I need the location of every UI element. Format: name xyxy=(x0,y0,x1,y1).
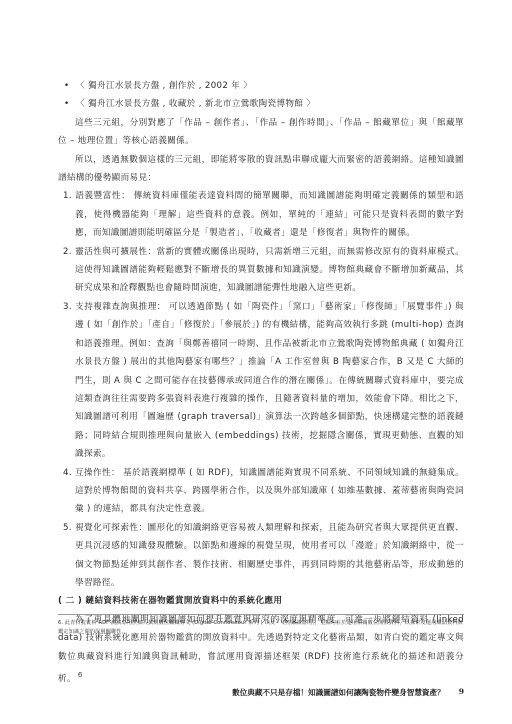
list-number: 4. xyxy=(63,464,75,482)
list-number: 3. xyxy=(63,298,75,316)
list-item: 3.支持複雜查詢與推理： 可以透過節點 ( 如「陶瓷件」「窯口」「藝術家」「修復… xyxy=(58,298,464,464)
list-text: 語義豐富性： 傳統資料庫僅能表達資料間的簡單關聯，而知識圖譜能夠明確定義關係的類… xyxy=(75,191,464,238)
list-text: 支持複雜查詢與推理： 可以透過節點 ( 如「陶瓷件」「窯口」「藝術家」「修復師」… xyxy=(75,302,464,459)
page-number: 9 xyxy=(459,687,464,698)
running-footer: 數位典藏不只是存檔！知識圖譜如何讓陶瓷物件變身智慧資產？ 9 xyxy=(250,687,464,698)
running-title: 數位典藏不只是存檔！知識圖譜如何讓陶瓷物件變身智慧資產？ xyxy=(232,687,445,698)
footnote-divider xyxy=(58,614,464,615)
list-text: 互操作性： 基於語義網標準 ( 如 RDF)，知識圖譜能夠實現不同系統、不同領域… xyxy=(75,468,464,515)
bullet-marker: • xyxy=(64,95,76,113)
bullet-text: 〈 獨舟江水景長方盤 , 收藏於 , 新北市立鶯歌陶瓷博物館 〉 xyxy=(76,99,315,109)
list-item: 5.視覺化可探索性：圖形化的知識網絡更容易被人類理解和探索，且能為研究者與大眾提… xyxy=(58,519,464,593)
document-page: •〈 獨舟江水景長方盤 , 創作於 , 2002 年 〉 •〈 獨舟江水景長方盤… xyxy=(0,0,512,724)
list-number: 5. xyxy=(63,519,75,537)
bullet-text: 〈 獨舟江水景長方盤 , 創作於 , 2002 年 〉 xyxy=(76,81,252,91)
section-heading: ( 二 ) 鏈結資料技術在器物鑑賞開放資料中的系統化應用 xyxy=(58,592,464,610)
list-item: 1.語義豐富性： 傳統資料庫僅能表達資料間的簡單關聯，而知識圖譜能夠明確定義關係… xyxy=(58,187,464,242)
list-number: 1. xyxy=(63,187,75,205)
triple-bullet: •〈 獨舟江水景長方盤 , 收藏於 , 新北市立鶯歌陶瓷博物館 〉 xyxy=(58,95,464,113)
paragraph: 所以，透過無數個這樣的三元組，即能將零散的資訊點串聯成龐大而緊密的語義網絡。這種… xyxy=(58,151,464,188)
list-number: 2. xyxy=(63,243,75,261)
body-text: •〈 獨舟江水景長方盤 , 創作於 , 2002 年 〉 •〈 獨舟江水景長方盤… xyxy=(58,77,464,688)
bullet-marker: • xyxy=(64,77,76,95)
footnote: 6. 此青白瓷賞析 RDF 測試原用於個人撰寫數位鑑藏專文 (Digital C… xyxy=(58,619,464,636)
list-item: 2.靈活性與可擴展性：當新的實體或關係出現時，只需新增三元組，而無需修改原有的資… xyxy=(58,243,464,298)
list-text: 靈活性與可擴展性：當新的實體或關係出現時，只需新增三元組，而無需修改原有的資料庫… xyxy=(75,247,464,294)
list-item: 4.互操作性： 基於語義網標準 ( 如 RDF)，知識圖譜能夠實現不同系統、不同… xyxy=(58,464,464,519)
triple-bullet: •〈 獨舟江水景長方盤 , 創作於 , 2002 年 〉 xyxy=(58,77,464,95)
list-text: 視覺化可探索性：圖形化的知識網絡更容易被人類理解和探索，且能為研究者與大眾提供更… xyxy=(75,523,464,588)
footnote-ref[interactable]: 6 xyxy=(78,671,83,679)
paragraph: 這些三元組，分別對應了「作品 – 創作者」、「作品 – 創作時間」、「作品 – … xyxy=(58,114,464,151)
